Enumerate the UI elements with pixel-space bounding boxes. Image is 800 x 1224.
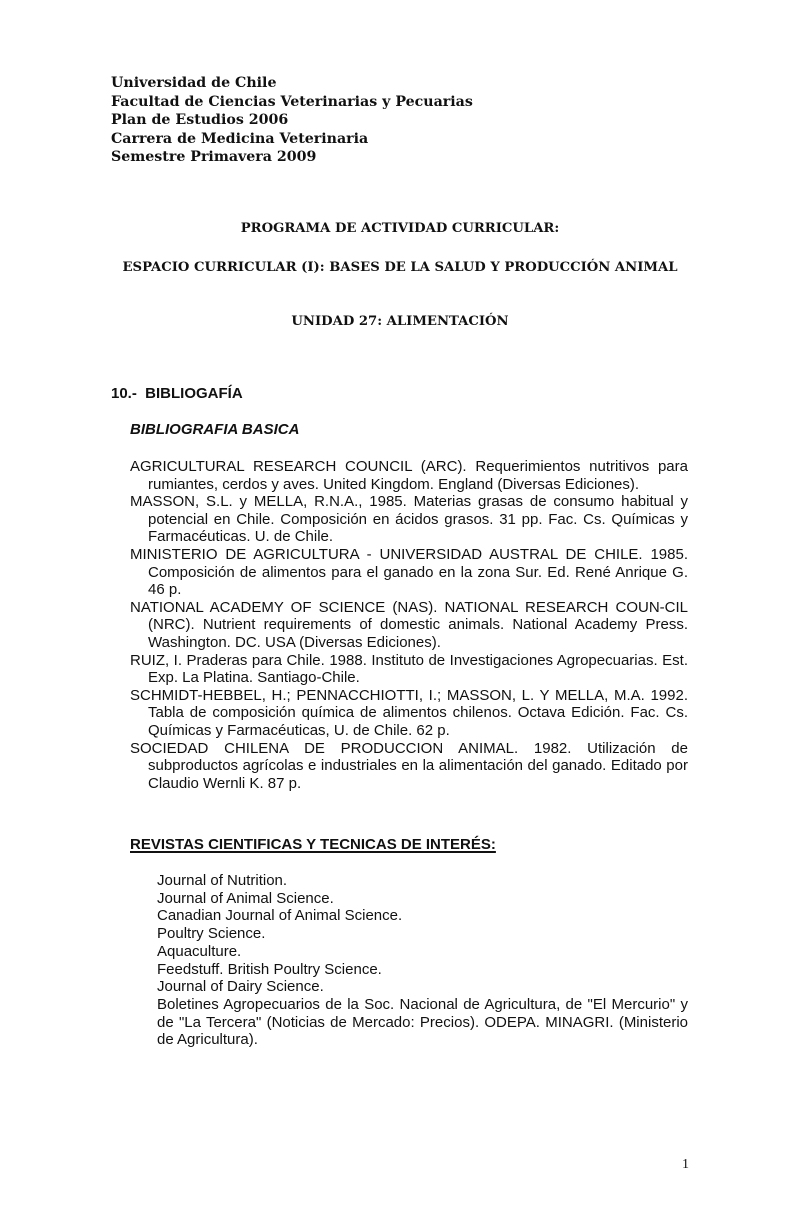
journal-item: Aquaculture. bbox=[157, 943, 688, 961]
document-page: Universidad de Chile Facultad de Ciencia… bbox=[0, 0, 800, 1224]
bibliography-entry: NATIONAL ACADEMY OF SCIENCE (NAS). NATIO… bbox=[130, 599, 688, 652]
journal-item: Canadian Journal of Animal Science. bbox=[157, 907, 688, 925]
journal-item: Journal of Dairy Science. bbox=[157, 978, 688, 996]
header-semester: Semestre Primavera 2009 bbox=[111, 148, 473, 167]
unit-title: UNIDAD 27: ALIMENTACIÓN bbox=[120, 313, 680, 331]
header-faculty: Facultad de Ciencias Veterinarias y Pecu… bbox=[111, 93, 473, 112]
journal-item: Journal of Nutrition. bbox=[157, 872, 688, 890]
journal-item: Journal of Animal Science. bbox=[157, 890, 688, 908]
journal-item: Boletines Agropecuarios de la Soc. Nacio… bbox=[157, 996, 688, 1049]
program-title: PROGRAMA DE ACTIVIDAD CURRICULAR: bbox=[120, 220, 680, 238]
header-career: Carrera de Medicina Veterinaria bbox=[111, 130, 473, 149]
curricular-space-title: ESPACIO CURRICULAR (I): BASES DE LA SALU… bbox=[120, 259, 680, 277]
bibliography-entry: SOCIEDAD CHILENA DE PRODUCCION ANIMAL. 1… bbox=[130, 740, 688, 793]
institution-header: Universidad de Chile Facultad de Ciencia… bbox=[111, 74, 473, 167]
journals-heading: REVISTAS CIENTIFICAS Y TECNICAS DE INTER… bbox=[130, 836, 496, 853]
header-study-plan: Plan de Estudios 2006 bbox=[111, 111, 473, 130]
header-university: Universidad de Chile bbox=[111, 74, 473, 93]
bibliography-list: AGRICULTURAL RESEARCH COUNCIL (ARC). Req… bbox=[130, 458, 688, 792]
bibliography-entry: MINISTERIO DE AGRICULTURA - UNIVERSIDAD … bbox=[130, 546, 688, 599]
bibliography-entry: MASSON, S.L. y MELLA, R.N.A., 1985. Mate… bbox=[130, 493, 688, 546]
basic-bibliography-subheading: BIBLIOGRAFIA BASICA bbox=[130, 421, 299, 438]
journal-item: Poultry Science. bbox=[157, 925, 688, 943]
bibliography-entry: SCHMIDT-HEBBEL, H.; PENNACCHIOTTI, I.; M… bbox=[130, 687, 688, 740]
journal-item: Feedstuff. British Poultry Science. bbox=[157, 961, 688, 979]
page-number: 1 bbox=[682, 1157, 689, 1173]
journals-list: Journal of Nutrition. Journal of Animal … bbox=[157, 872, 688, 1049]
bibliography-entry: AGRICULTURAL RESEARCH COUNCIL (ARC). Req… bbox=[130, 458, 688, 493]
bibliography-entry: RUIZ, I. Praderas para Chile. 1988. Inst… bbox=[130, 652, 688, 687]
bibliography-heading: 10.- BIBLIOGAFÍA bbox=[111, 385, 243, 402]
